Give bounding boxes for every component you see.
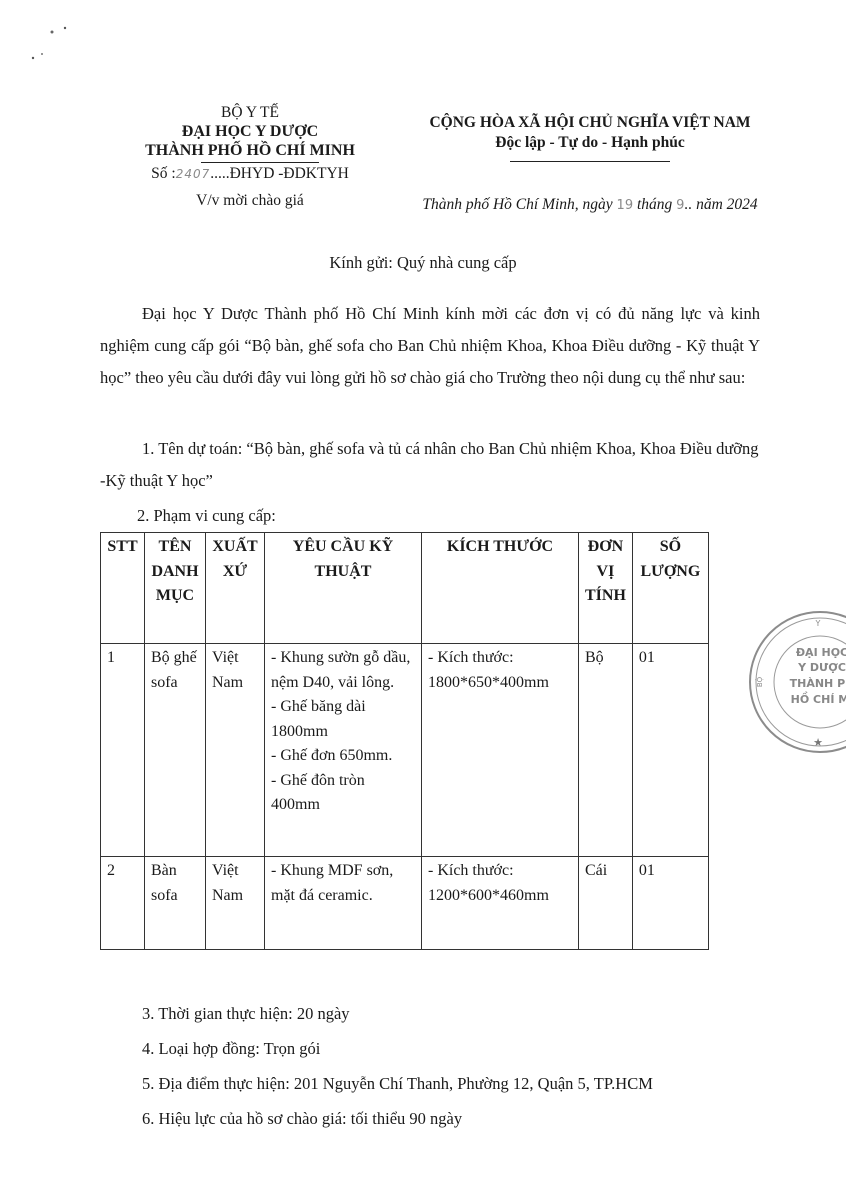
svg-text:ĐẠI HỌC: ĐẠI HỌC (796, 646, 846, 659)
date-prefix: Thành phố Hồ Chí Minh, ngày (422, 196, 612, 213)
date-month-label: tháng (637, 196, 672, 213)
doc-number-handwritten: 2407 (176, 167, 211, 181)
cell-spec: - Khung sườn gỗ dầu, nệm D40, vải lông. … (265, 644, 422, 857)
subject-line: V/v mời chào giá (100, 191, 400, 211)
cell-stt: 1 (101, 644, 145, 857)
stamp-seal-icon: Y ĐẠI HỌC Y DƯỢC THÀNH PH HỒ CHÍ MI BỘ ★ (748, 604, 846, 754)
header-left-rule (201, 162, 319, 163)
terms-list: 3. Thời gian thực hiện: 20 ngày 4. Loại … (142, 996, 653, 1136)
university-name-line2: THÀNH PHỐ HỒ CHÍ MINH (100, 141, 400, 160)
cell-unit: Bộ (579, 644, 633, 857)
supply-table: STT TÊN DANH MỤC XUẤT XỨ YÊU CẦU KỸ THUẬ… (100, 532, 709, 950)
scan-specks (30, 22, 70, 67)
svg-text:Y: Y (815, 619, 821, 628)
intro-paragraph: Đại học Y Dược Thành phố Hồ Chí Minh kín… (100, 298, 760, 394)
svg-text:HỒ CHÍ MI: HỒ CHÍ MI (791, 691, 846, 706)
table-row: 1 Bộ ghế sofa Việt Nam - Khung sườn gỗ d… (101, 644, 709, 857)
spec-line: - Khung MDF sơn, mặt đá ceramic. (271, 859, 415, 908)
col-header-unit: ĐƠN VỊ TÍNH (579, 533, 633, 644)
cell-origin: Việt Nam (206, 644, 265, 857)
date-month: 9 (676, 198, 684, 213)
cell-name: Bàn sofa (145, 857, 206, 950)
term-location: 5. Địa điểm thực hiện: 201 Nguyễn Chí Th… (142, 1066, 653, 1101)
svg-text:★: ★ (813, 736, 823, 749)
col-header-name: TÊN DANH MỤC (145, 533, 206, 644)
cell-qty: 01 (632, 644, 708, 857)
cell-origin: Việt Nam (206, 857, 265, 950)
republic-name: CỘNG HÒA XÃ HỘI CHỦ NGHĨA VIỆT NAM (380, 112, 800, 133)
doc-number-suffix: ĐHYD -ĐDKTYH (230, 165, 349, 182)
table-header-row: STT TÊN DANH MỤC XUẤT XỨ YÊU CẦU KỸ THUẬ… (101, 533, 709, 644)
cell-size: - Kích thước: 1200*600*460mm (422, 857, 579, 950)
date-line: Thành phố Hồ Chí Minh, ngày 19 tháng 9..… (400, 196, 780, 214)
term-contract-type: 4. Loại hợp đồng: Trọn gói (142, 1031, 653, 1066)
table-row: 2 Bàn sofa Việt Nam - Khung MDF sơn, mặt… (101, 857, 709, 950)
cell-spec: - Khung MDF sơn, mặt đá ceramic. (265, 857, 422, 950)
item-2-scope: 2. Phạm vi cung cấp: (137, 500, 276, 532)
svg-text:Y DƯỢC: Y DƯỢC (797, 661, 846, 674)
spec-line: - Ghế đơn 650mm. (271, 744, 415, 769)
spec-line: - Ghế băng dài 1800mm (271, 695, 415, 744)
term-validity: 6. Hiệu lực của hồ sơ chào giá: tối thiể… (142, 1101, 653, 1136)
header-right-rule (510, 161, 670, 162)
cell-size: - Kích thước: 1800*650*400mm (422, 644, 579, 857)
issuer-header: BỘ Y TẾ ĐẠI HỌC Y DƯỢC THÀNH PHỐ HỒ CHÍ … (100, 104, 400, 211)
item-1-estimate-name: 1. Tên dự toán: “Bộ bàn, ghế sofa và tủ … (100, 433, 760, 497)
document-number: Số :2407.....ĐHYD -ĐDKTYH (100, 163, 400, 185)
spec-line: - Khung sườn gỗ dầu, nệm D40, vải lông. (271, 646, 415, 695)
cell-stt: 2 (101, 857, 145, 950)
col-header-size: KÍCH THƯỚC (422, 533, 579, 644)
doc-number-dots: ..... (210, 165, 229, 182)
university-name-line1: ĐẠI HỌC Y DƯỢC (100, 122, 400, 141)
col-header-origin: XUẤT XỨ (206, 533, 265, 644)
col-header-spec: YÊU CẦU KỸ THUẬT (265, 533, 422, 644)
national-motto: Độc lập - Tự do - Hạnh phúc (380, 133, 800, 153)
cell-name: Bộ ghế sofa (145, 644, 206, 857)
salutation: Kính gửi: Quý nhà cung cấp (100, 253, 746, 273)
cell-unit: Cái (579, 857, 633, 950)
national-header: CỘNG HÒA XÃ HỘI CHỦ NGHĨA VIỆT NAM Độc l… (380, 112, 800, 162)
spec-line: - Ghế đôn tròn 400mm (271, 769, 415, 818)
official-stamp: Y ĐẠI HỌC Y DƯỢC THÀNH PH HỒ CHÍ MI BỘ ★ (748, 604, 846, 754)
col-header-stt: STT (101, 533, 145, 644)
svg-text:THÀNH PH: THÀNH PH (790, 677, 846, 690)
doc-number-label: Số : (151, 165, 176, 182)
term-duration: 3. Thời gian thực hiện: 20 ngày (142, 996, 653, 1031)
date-year: năm 2024 (696, 196, 758, 213)
col-header-qty: SỐ LƯỢNG (632, 533, 708, 644)
svg-text:BỘ: BỘ (755, 676, 764, 687)
ministry-name: BỘ Y TẾ (100, 104, 400, 122)
cell-qty: 01 (632, 857, 708, 950)
date-day: 19 (617, 198, 634, 213)
